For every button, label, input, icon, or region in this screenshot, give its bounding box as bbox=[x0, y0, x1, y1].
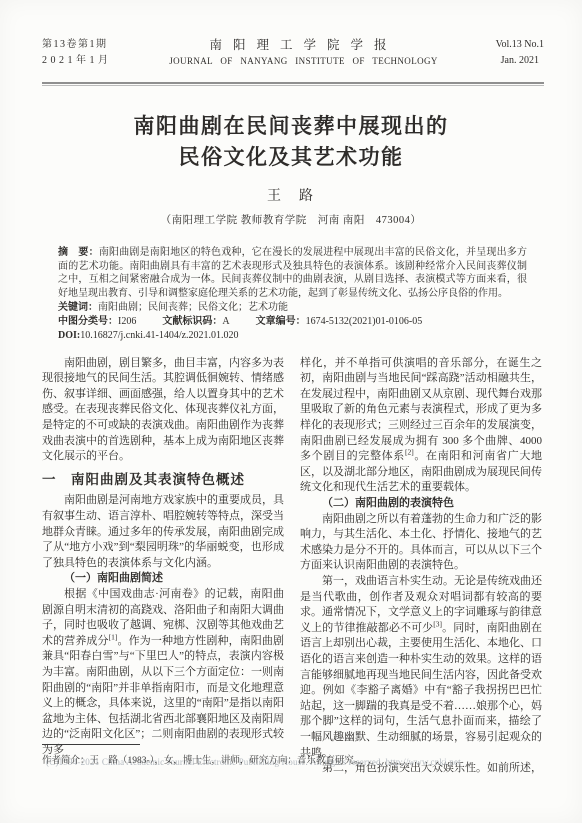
subsection-heading: （一）南阳曲剧简述 bbox=[42, 571, 284, 587]
header-divider-rule bbox=[42, 82, 544, 86]
volume-en: Vol.13 No.1 bbox=[496, 37, 544, 53]
paragraph: 南阳曲剧，剧目繁多，曲目丰富，内容多为表现很接地气的民间生活。其腔调低徊婉转、情… bbox=[42, 356, 284, 465]
keywords-text: 南阳曲剧；民间丧葬；民俗文化；艺术功能 bbox=[98, 302, 288, 313]
body-columns: 南阳曲剧，剧目繁多，曲目丰富，内容多为表现很接地气的民间生活。其腔调低徊婉转、情… bbox=[42, 356, 542, 777]
article-id-value: 1674-5132(2021)01-0106-05 bbox=[306, 316, 423, 327]
article-title: 南阳曲剧在民间丧葬中展现出的 民俗文化及其艺术功能 bbox=[30, 111, 552, 173]
journal-name-cn: 南阳理工学院学报 bbox=[120, 37, 488, 53]
journal-page: 第13卷第1期 2021年1月 南阳理工学院学报 JOURNAL OF NANY… bbox=[0, 0, 582, 823]
subsection-heading: （二）南阳曲剧的表演特色 bbox=[300, 496, 542, 512]
abstract-label: 摘 要： bbox=[58, 247, 99, 258]
right-column: 样化，并不单指可供演唱的音乐部分，在诞生之初，南阳曲剧与当地民间“踩高跷”活动相… bbox=[300, 356, 542, 777]
header-issue-block: 第13卷第1期 2021年1月 bbox=[42, 37, 112, 69]
keywords-label: 关键词： bbox=[58, 302, 98, 313]
issue-date-en: Jan. 2021 bbox=[496, 53, 544, 69]
abstract-text: 南阳曲剧是南阳地区的特色戏种，它在漫长的发展进程中展现出丰富的民俗文化，并呈现出… bbox=[58, 247, 527, 299]
article-meta: 摘 要：南阳曲剧是南阳地区的特色戏种，它在漫长的发展进程中展现出丰富的民俗文化，… bbox=[58, 246, 527, 343]
clc-value: I206 bbox=[118, 316, 136, 327]
section-heading: 一 南阳曲剧及其表演特色概述 bbox=[42, 472, 284, 488]
author-affiliation: （南阳理工学院 教师教育学院 河南 南阳 473004） bbox=[0, 212, 582, 227]
paragraph-continuation: 样化，并不单指可供演唱的音乐部分，在诞生之初，南阳曲剧与当地民间“踩高跷”活动相… bbox=[300, 356, 542, 496]
doi-value: 10.16827/j.cnki.41-1404/z.2021.01.020 bbox=[80, 330, 238, 341]
doc-code-label: 文献标识码： bbox=[162, 316, 222, 327]
journal-name-en: JOURNAL OF NANYANG INSTITUTE OF TECHNOLO… bbox=[120, 53, 488, 69]
article-id-label: 文章编号： bbox=[256, 316, 306, 327]
paragraph: 南阳曲剧是河南地方戏家族中的重要成员，具有叙事生动、语言淳朴、唱腔婉转等特点，深… bbox=[42, 493, 284, 571]
paragraph: 根据《中国戏曲志·河南卷》的记载，南阳曲剧源自明末清初的高跷戏、洛阳曲子和南阳大… bbox=[42, 587, 284, 759]
issue-number-cn: 第13卷第1期 bbox=[42, 37, 112, 53]
classification-line: 中图分类号：I206文献标识码：A文章编号：1674-5132(2021)01-… bbox=[58, 315, 527, 329]
keywords: 关键词：南阳曲剧；民间丧葬；民俗文化；艺术功能 bbox=[58, 301, 527, 315]
journal-name-block: 南阳理工学院学报 JOURNAL OF NANYANG INSTITUTE OF… bbox=[112, 37, 496, 69]
doi-label: DOI: bbox=[58, 330, 80, 341]
doc-code-value: A bbox=[222, 316, 229, 327]
author-name: 王 路 bbox=[0, 185, 582, 205]
left-column: 南阳曲剧，剧目繁多，曲目丰富，内容多为表现很接地气的民间生活。其腔调低徊婉转、情… bbox=[42, 356, 284, 777]
issue-date-cn: 2021年1月 bbox=[42, 53, 112, 69]
author-footnote: 作者简介：王 路（1983-），女，博士生，讲师，研究方向：音乐教育研究。 bbox=[42, 744, 322, 766]
paragraph: 第一，戏曲语言朴实生动。无论是传统戏曲还是当代歌曲，创作者及观众对唱词都有较高的… bbox=[300, 574, 542, 761]
footnote-rule bbox=[42, 744, 140, 745]
article-title-line2: 民俗文化及其艺术功能 bbox=[30, 142, 552, 173]
clc-label: 中图分类号： bbox=[58, 316, 118, 327]
abstract: 摘 要：南阳曲剧是南阳地区的特色戏种，它在漫长的发展进程中展现出丰富的民俗文化，… bbox=[58, 246, 527, 300]
header-volume-block: Vol.13 No.1 Jan. 2021 bbox=[496, 37, 544, 69]
doi-line: DOI:10.16827/j.cnki.41-1404/z.2021.01.02… bbox=[58, 329, 527, 343]
paragraph: 南阳曲剧之所以有着蓬勃的生命力和广泛的影响力，与其生活化、本土化、抒情化、接地气… bbox=[300, 512, 542, 574]
article-title-line1: 南阳曲剧在民间丧葬中展现出的 bbox=[30, 111, 552, 142]
journal-header: 第13卷第1期 2021年1月 南阳理工学院学报 JOURNAL OF NANY… bbox=[0, 0, 582, 69]
footnote-text: 作者简介：王 路（1983-），女，博士生，讲师，研究方向：音乐教育研究。 bbox=[42, 752, 322, 766]
